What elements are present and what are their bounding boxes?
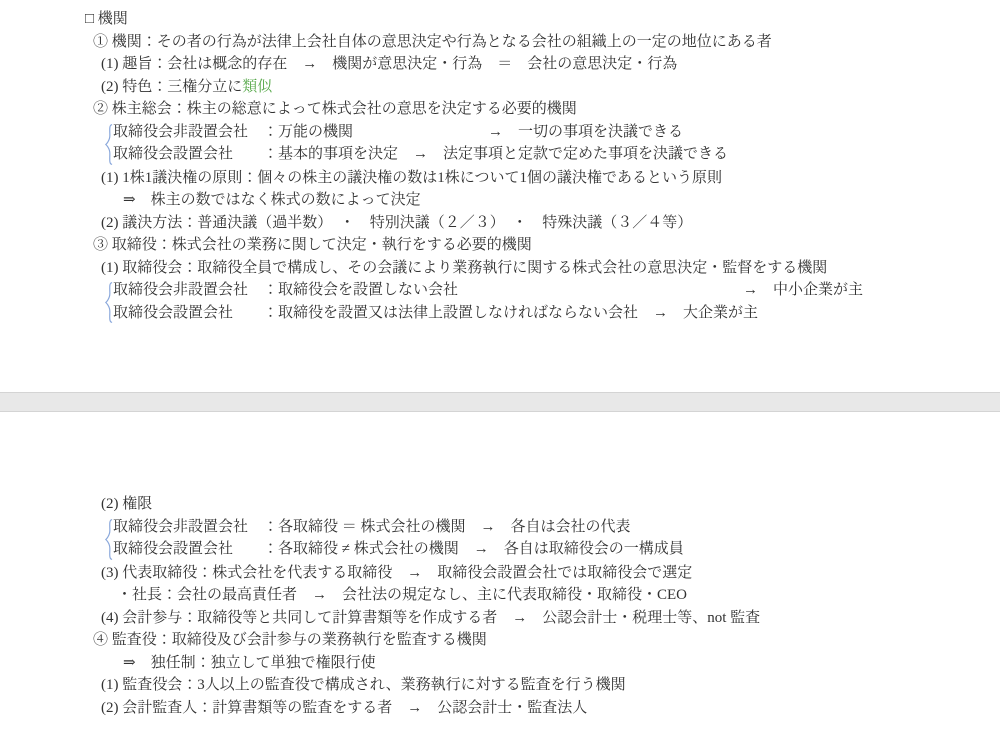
text-segment: (2) 特色：三権分立に [101,79,242,95]
page-2-content: (2) 権限取締役会非設置会社 ：各取締役 ＝ 株式会社の機関 → 各自は会社の… [0,493,1000,719]
bracketed-comparison: 取締役会非設置会社 ：万能の機関 → 一切の事項を決議できる取締役会設置会社 ：… [0,121,1000,167]
left-curly-brace-icon [104,280,113,325]
text-line: (3) 代表取締役：株式会社を代表する取締役 → 取締役会設置会社では取締役会で… [0,562,1000,585]
page-2: (2) 権限取締役会非設置会社 ：各取締役 ＝ 株式会社の機関 → 各自は会社の… [0,412,1000,755]
text-line: (1) 監査役会：3人以上の監査役で構成され、業務執行に対する監査を行う機関 [0,674,1000,697]
text-line: ① 機関：その者の行為が法律上会社自体の意思決定や行為となる会社の組織上の一定の… [0,31,1000,54]
text-segment: □ 機関 [85,11,128,27]
text-segment: (1) 取締役会：取締役全員で構成し、その会議により業務執行に関する株式会社の意… [101,260,827,276]
text-segment: (1) 監査役会：3人以上の監査役で構成され、業務執行に対する監査を行う機関 [101,677,626,693]
text-line: 取締役会設置会社 ：取締役を設置又は法律上設置しなければならない会社 → 大企業… [113,302,1000,325]
text-line: ③ 取締役：株式会社の業務に関して決定・執行をする必要的機関 [0,234,1000,257]
text-segment: ① 機関：その者の行為が法律上会社自体の意思決定や行為となる会社の組織上の一定の… [93,34,772,50]
highlighted-text: 類似 [242,79,272,95]
text-segment: ⇒ 株主の数ではなく株式の数によって決定 [123,192,421,208]
text-line: (4) 会計参与：取締役等と共同して計算書類等を作成する者 → 公認会計士・税理… [0,607,1000,630]
text-line: (2) 特色：三権分立に類似 [0,76,1000,99]
left-curly-brace-icon [104,122,113,167]
text-line: (2) 議決方法：普通決議（過半数） ・ 特別決議（２／３） ・ 特殊決議（３／… [0,212,1000,235]
text-segment: (2) 会計監査人：計算書類等の監査をする者 → 公認会計士・監査法人 [101,700,587,716]
text-line: (1) 1株1議決権の原則：個々の株主の議決権の数は1株について1個の議決権であ… [0,167,1000,190]
text-segment: ④ 監査役：取締役及び会計参与の業務執行を監査する機関 [93,632,487,648]
bracket-rows: 取締役会非設置会社 ：各取締役 ＝ 株式会社の機関 → 各自は会社の代表取締役会… [113,516,1000,562]
text-line: ・社長：会社の最高責任者 → 会社法の規定なし、主に代表取締役・取締役・CEO [0,584,1000,607]
document-view: □ 機関① 機関：その者の行為が法律上会社自体の意思決定や行為となる会社の組織上… [0,0,1000,755]
text-line: 取締役会設置会社 ：基本的事項を決定 → 法定事項と定款で定めた事項を決議できる [113,143,1000,166]
text-segment: ⇒ 独任制：独立して単独で権限行使 [123,655,376,671]
bracketed-comparison: 取締役会非設置会社 ：取締役会を設置しない会社 → 中小企業が主取締役会設置会社… [0,279,1000,325]
text-line: □ 機関 [0,8,1000,31]
bracket-rows: 取締役会非設置会社 ：取締役会を設置しない会社 → 中小企業が主取締役会設置会社… [113,279,1000,325]
text-line: (2) 権限 [0,493,1000,516]
text-line: 取締役会非設置会社 ：取締役会を設置しない会社 → 中小企業が主 [113,279,1000,302]
text-line: ⇒ 株主の数ではなく株式の数によって決定 [0,189,1000,212]
text-segment: (2) 権限 [101,496,152,512]
page-separator [0,392,1000,412]
text-segment: ・社長：会社の最高責任者 → 会社法の規定なし、主に代表取締役・取締役・CEO [117,587,687,603]
text-segment: (1) 1株1議決権の原則：個々の株主の議決権の数は1株について1個の議決権であ… [101,170,722,186]
text-line: 取締役会非設置会社 ：万能の機関 → 一切の事項を決議できる [113,121,1000,144]
text-segment: ② 株主総会：株主の総意によって株式会社の意思を決定する必要的機関 [93,101,577,117]
text-line: (1) 取締役会：取締役全員で構成し、その会議により業務執行に関する株式会社の意… [0,257,1000,280]
text-segment: (4) 会計参与：取締役等と共同して計算書類等を作成する者 → 公認会計士・税理… [101,610,760,626]
text-segment: (1) 趣旨：会社は概念的存在 → 機関が意思決定・行為 ＝ 会社の意思決定・行… [101,56,677,72]
page-1-content: □ 機関① 機関：その者の行為が法律上会社自体の意思決定や行為となる会社の組織上… [0,8,1000,325]
text-segment: (2) 議決方法：普通決議（過半数） ・ 特別決議（２／３） ・ 特殊決議（３／… [101,215,692,231]
text-line: ④ 監査役：取締役及び会計参与の業務執行を監査する機関 [0,629,1000,652]
text-line: 取締役会設置会社 ：各取締役 ≠ 株式会社の機関 → 各自は取締役会の一構成員 [113,538,1000,561]
text-segment: ③ 取締役：株式会社の業務に関して決定・執行をする必要的機関 [93,237,532,253]
text-line: (2) 会計監査人：計算書類等の監査をする者 → 公認会計士・監査法人 [0,697,1000,720]
bracket-rows: 取締役会非設置会社 ：万能の機関 → 一切の事項を決議できる取締役会設置会社 ：… [113,121,1000,167]
text-line: (1) 趣旨：会社は概念的存在 → 機関が意思決定・行為 ＝ 会社の意思決定・行… [0,53,1000,76]
text-line: ⇒ 独任制：独立して単独で権限行使 [0,652,1000,675]
text-line: 取締役会非設置会社 ：各取締役 ＝ 株式会社の機関 → 各自は会社の代表 [113,516,1000,539]
text-line: ② 株主総会：株主の総意によって株式会社の意思を決定する必要的機関 [0,98,1000,121]
text-segment: (3) 代表取締役：株式会社を代表する取締役 → 取締役会設置会社では取締役会で… [101,565,692,581]
bracketed-comparison: 取締役会非設置会社 ：各取締役 ＝ 株式会社の機関 → 各自は会社の代表取締役会… [0,516,1000,562]
left-curly-brace-icon [104,517,113,562]
page-1: □ 機関① 機関：その者の行為が法律上会社自体の意思決定や行為となる会社の組織上… [0,0,1000,392]
